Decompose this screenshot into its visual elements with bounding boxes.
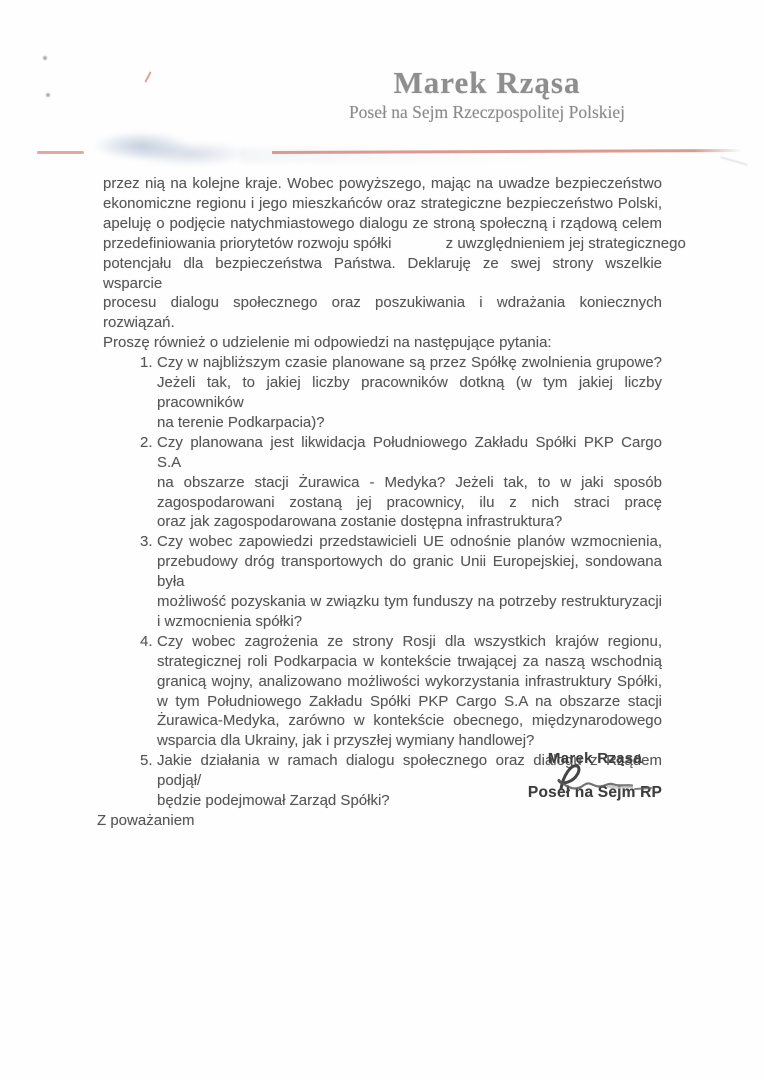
- text-line: Czy wobec zagrożenia ze strony Rosji dla…: [157, 632, 662, 652]
- question-text: Czy wobec zagrożenia ze strony Rosji dla…: [157, 632, 662, 751]
- text-line: i wzmocnienia spółki?: [157, 612, 662, 632]
- text-line: ekonomiczne regionu i jego mieszkańców o…: [103, 194, 662, 214]
- text-line: Czy wobec zapowiedzi przedstawicieli UE …: [157, 532, 662, 552]
- red-pen-mark: [144, 71, 151, 83]
- scratch-artifact: [720, 156, 747, 166]
- sender-title: Poseł na Sejm Rzeczpospolitej Polskiej: [187, 102, 764, 122]
- smudge-artifact: [90, 129, 250, 169]
- text-line: Proszę również o udzielenie mi odpowiedz…: [103, 333, 662, 353]
- question-number: 2.: [103, 433, 157, 533]
- question-number: 1.: [103, 353, 157, 433]
- text-line: potencjału dla bezpieczeństwa Państwa. D…: [103, 254, 662, 294]
- divider-line-left-segment: [37, 151, 84, 154]
- question-item: 4. Czy wobec zagrożenia ze strony Rosji …: [103, 632, 662, 751]
- closing-salutation: Z poważaniem: [97, 811, 662, 831]
- letterhead: Marek Rząsa Poseł na Sejm Rzeczpospolite…: [187, 66, 764, 122]
- handwritten-signature-scribble: [545, 762, 663, 796]
- scan-speck-dot: [43, 56, 47, 60]
- text-line: przez nią na kolejne kraje. Wobec powyżs…: [103, 174, 662, 194]
- question-item: 2. Czy planowana jest likwidacja Południ…: [103, 433, 662, 533]
- question-item: 1. Czy w najbliższym czasie planowane są…: [103, 353, 662, 433]
- questions-list: 1. Czy w najbliższym czasie planowane są…: [103, 353, 662, 811]
- question-item: 3. Czy wobec zapowiedzi przedstawicieli …: [103, 532, 662, 632]
- text-line: procesu dialogu społecznego oraz poszuki…: [103, 293, 662, 333]
- question-text: Czy wobec zapowiedzi przedstawicieli UE …: [157, 532, 662, 632]
- text-line: na obszarze stacji Żurawica - Medyka? Je…: [157, 473, 662, 493]
- text-line: zagospodarowani zostaną jej pracownicy, …: [157, 493, 662, 513]
- question-number: 3.: [103, 532, 157, 632]
- text-line: przebudowy dróg transportowych do granic…: [157, 552, 662, 592]
- letter-page: Marek Rząsa Poseł na Sejm Rzeczpospolite…: [0, 0, 764, 1080]
- intro-paragraph: przez nią na kolejne kraje. Wobec powyżs…: [103, 174, 662, 353]
- text-line: granicą wojny, analizowano możliwości wy…: [157, 672, 662, 692]
- text-line: Żurawica-Medyka, zarówno w kontekście ob…: [157, 711, 662, 731]
- text-line: możliwość pozyskania w związku tym fundu…: [157, 592, 662, 612]
- sender-name: Marek Rząsa: [187, 66, 764, 100]
- letter-body: przez nią na kolejne kraje. Wobec powyżs…: [103, 174, 662, 831]
- text-line: Czy planowana jest likwidacja Południowe…: [157, 433, 662, 473]
- text-line: wsparcia dla Ukrainy, jak i przyszłej wy…: [157, 731, 662, 751]
- scan-speck-dot: [46, 93, 50, 97]
- question-text: Czy w najbliższym czasie planowane są pr…: [157, 353, 662, 433]
- question-number: 4.: [103, 632, 157, 751]
- text-line: apeluję o podjęcie natychmiastowego dial…: [103, 214, 662, 234]
- question-number: 5.: [103, 751, 157, 811]
- text-line: przedefiniowania priorytetów rozwoju spó…: [103, 234, 662, 254]
- text-line: strategicznej roli Podkarpacia w kontekś…: [157, 652, 662, 672]
- text-line: Jeżeli tak, to jakiej liczby pracowników…: [157, 373, 662, 413]
- question-text: Czy planowana jest likwidacja Południowe…: [157, 433, 662, 533]
- signature-block: Marek Rząsa Poseł na Sejm RP: [500, 750, 690, 802]
- text-line: Czy w najbliższym czasie planowane są pr…: [157, 353, 662, 373]
- text-line: na terenie Podkarpacia)?: [157, 413, 662, 433]
- text-line: w tym Południowego Zakładu Spółki PKP Ca…: [157, 692, 662, 712]
- text-line: oraz jak zagospodarowana zostanie dostęp…: [157, 512, 662, 532]
